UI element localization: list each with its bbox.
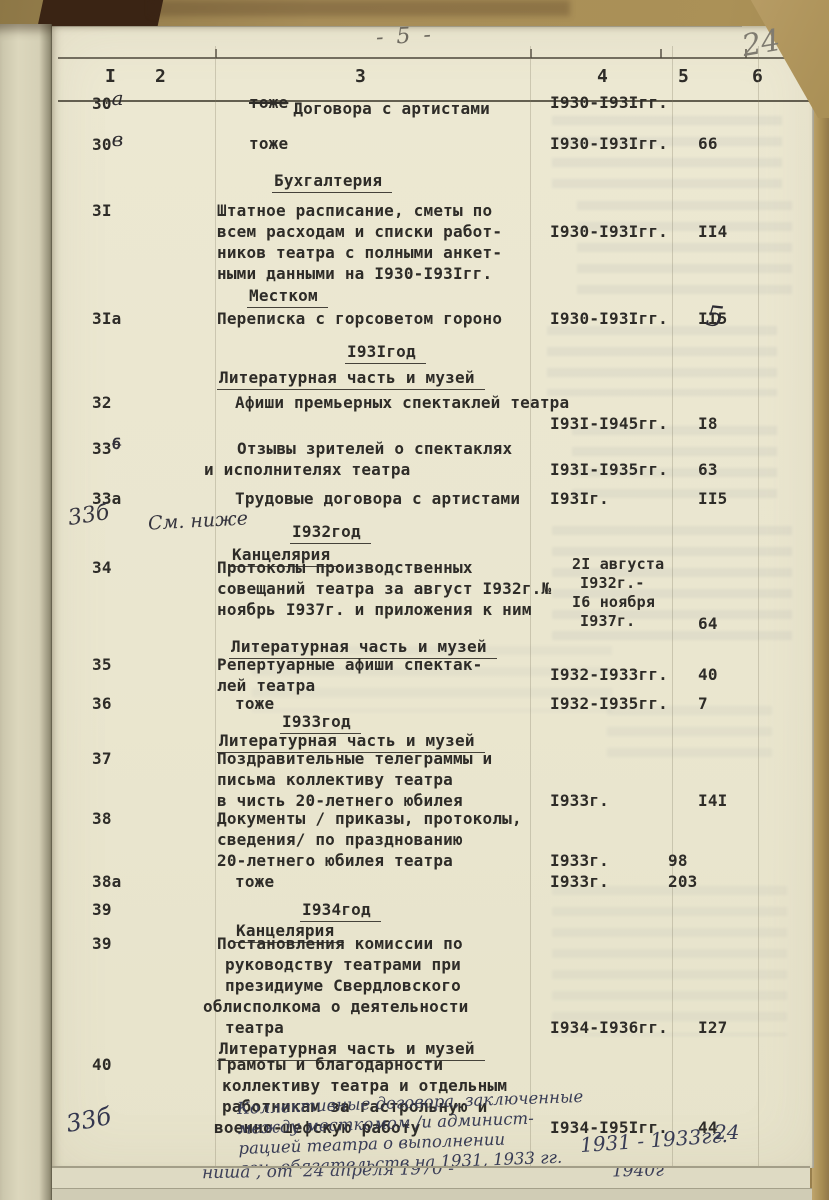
title-line: президиуме Свердловского [225,975,550,996]
row-number-handwritten-suffix: в [112,127,124,151]
table-row: 30а тожеДоговора с артистами I930-I93Iгг… [52,92,812,114]
title-text: Трудовые договора с артистами [235,489,520,508]
struck-suffix: б [110,433,122,455]
section-label: Бухгалтерия [272,170,392,193]
row-number: 32 [52,392,202,413]
row-title: тожеДоговора с артистами [202,92,550,113]
date-line: I932г.- [580,574,698,593]
row-dates: I932-I933гг. [550,664,698,685]
row-title: Поздравительные телеграммы и письма колл… [202,748,550,811]
row-number: 33б [52,438,202,460]
row-dates: I93I-I945гг. [550,413,626,434]
title-line: письма коллективу театра [217,769,550,790]
count-text: 63 [698,460,718,479]
page-number: - 5 - [375,23,434,51]
underlying-page-strip: ниша , от '24 апреля 1970 - 1940г [52,1166,810,1190]
struck-text: тоже [249,93,288,112]
row-dates: I934-I936гг. [550,1017,698,1038]
row-number-handwritten-suffix: а [112,86,124,110]
row-dates: I93I-I935гг. [550,459,698,480]
row-count: II5 [698,488,793,509]
row-title: тоже [202,133,550,154]
row-number-text: 39 [92,900,112,919]
row-number: 30в [52,133,202,155]
row-count: II55 [698,308,793,329]
section-label: I93Iгод [345,341,426,364]
row-title: Репертуарные афиши спектак- лей театра [202,654,550,696]
cover-shadow [150,0,570,16]
table-row: 33а Трудовые договора с артистами I93Iг.… [52,488,812,509]
section-header: I934год [202,899,550,922]
dates-text: I930-I93Iгг. [550,222,668,241]
handwritten-count: 24 [714,1120,739,1144]
dates-text: I933г. [550,851,609,870]
count-text: 98 [668,851,688,870]
dates-text: I930-I93Iгг. [550,93,668,112]
row-number: 38 [52,808,202,829]
title-line: сведения/ по празднованию [217,829,550,850]
handwritten-note-row: 33б См. ниже [52,509,812,529]
count-text: II4 [698,222,728,241]
title-line: и исполнителях театра [204,459,550,480]
row-title: Постановления комиссии по руководству те… [202,933,550,1038]
handwritten-row-number: 33б [67,502,111,529]
row-number: 3I [52,200,202,221]
row-title: Протоколы производственных совещаний теа… [202,557,572,620]
count-text: 7 [698,694,708,713]
count-text: I8 [698,414,718,433]
section-header: Литературная часть и музей [202,367,550,390]
title-line: руководству театрами при [225,954,550,975]
count-text: 203 [668,872,698,891]
column-header-2: 2 [155,66,166,87]
date-line: 2I августа [572,555,698,574]
row-number-text: 38а [92,872,122,891]
title-line: Грамоты и благодарности [217,1054,550,1075]
row-count: 203 [668,871,763,892]
section-header: I93Iгод [202,341,550,364]
row-number: 38а [52,871,202,892]
row-dates: I930-I93Iгг. [550,308,698,329]
archive-inventory-page: - 5 - I 2 3 4 5 6 30а тожеДоговора с арт… [52,26,812,1168]
page-stack-edge [52,1188,812,1200]
row-title: Трудовые договора с артистами [202,488,550,509]
row-number-text: 39 [92,934,112,953]
row-number-text: 3I [92,201,112,220]
inventory-table: 30а тожеДоговора с артистами I930-I93Iгг… [52,92,812,1138]
dates-text: I93I-I945гг. [550,414,668,433]
row-number: 40 [52,1054,202,1075]
count-text: II5 [698,489,728,508]
row-title: Штатное расписание, сметы по всем расход… [202,200,550,284]
row-number-text: 37 [92,749,112,768]
section-header: Бухгалтерия [202,170,550,193]
row-number: 37 [52,748,202,769]
title-line: совещаний театра за август I932г.№ [217,578,572,599]
row-number-text: 33 [92,439,112,458]
row-number-text: 32 [92,393,112,412]
title-line: ников театра с полными анкет- [217,242,550,263]
handwritten-row-number: 33б [64,1102,114,1138]
ruled-line-top [58,57,806,59]
row-dates: I933г. [550,850,668,871]
dates-text: I933г. [550,791,609,810]
table-row: 38 Документы / приказы, протоколы, сведе… [52,808,812,871]
row-dates: I933г. [550,871,668,892]
dates-text: I934-I936гг. [550,1018,668,1037]
row-number: 39 [52,933,202,954]
row-number: 39 [52,899,202,920]
title-line: 20-летнего юбилея театра [217,850,550,871]
table-row: 37 Поздравительные телеграммы и письма к… [52,748,812,811]
title-line: облисполкома о деятельности [203,996,550,1017]
handwritten-correction: 5 [705,305,725,328]
table-row: 3I Штатное расписание, сметы по всем рас… [52,200,812,284]
dates-text: I93I-I935гг. [550,460,668,479]
title-text: Договора с артистами [293,98,490,119]
title-line: всем расходам и списки работ- [217,221,550,242]
row-dates: I930-I93Iгг. [550,92,698,113]
title-text: тоже [249,134,288,153]
section-row: Бухгалтерия [52,170,812,193]
title-line: Репертуарные афиши спектак- [217,654,550,675]
title-line: Постановления комиссии по [217,933,550,954]
row-title: Переписка с горсоветом гороно [202,308,550,329]
table-row: 34 Протоколы производственных совещаний … [52,557,812,634]
row-number-text: 3Iа [92,309,122,328]
count-text: 66 [698,134,718,153]
handwritten-entry-text: Коллективные договора, заключенные между… [237,1085,640,1179]
row-number-text: 38 [92,809,112,828]
row-title: Документы / приказы, протоколы, сведения… [202,808,550,871]
row-count: 66 [698,133,793,154]
row-count: 63 [698,459,793,480]
count-text: I4I [698,791,728,810]
table-row: 33б Отзывы зрителей о спектаклях и испол… [52,438,812,480]
title-line: Отзывы зрителей о спектаклях [237,438,550,459]
title-line: Поздравительные телеграммы и [217,748,550,769]
table-row: 3Iа Переписка с горсоветом гороно I930-I… [52,308,812,329]
table-row: 30в тоже I930-I93Iгг. 66 [52,133,812,155]
row-count: 7 [698,693,793,714]
title-line: театра [225,1017,550,1038]
section-row: 39 I934год [52,899,812,922]
title-line: Протоколы производственных [217,557,572,578]
column-header-4: 4 [597,66,608,87]
clipped-handwriting-right: 1940г [612,1166,664,1181]
row-count: 64 [698,613,793,634]
row-number: 34 [52,557,202,578]
table-row: 32 Афиши премьерных спектаклей театра I9… [52,392,812,434]
row-title: Афиши премьерных спектаклей театра [202,392,622,413]
column-header-3: 3 [355,66,366,87]
backing-board-edge [812,0,829,1200]
previous-page-edge [0,24,52,1200]
table-row: 39 Постановления комиссии по руководству… [52,933,812,1038]
section-row: I93Iгод [52,341,812,364]
row-dates: I930-I93Iгг. [550,221,698,242]
column-header-1: I [105,66,116,87]
row-dates: 2I августа I932г.- I6 ноября I937г. [572,555,698,631]
row-number-text: 36 [92,694,112,713]
corner-page-number: 24 [739,23,783,64]
section-header: Местком [202,285,550,308]
row-count: I4I [698,790,793,811]
dates-text: I930-I93Iгг. [550,134,668,153]
date-line: I937г. [580,612,698,631]
title-line: ноябрь I937г. и приложения к ним [217,599,572,620]
dates-text: I932-I933гг. [550,665,668,684]
row-number-text: 30 [92,94,112,113]
row-number-text: 40 [92,1055,112,1074]
section-label: I934год [300,899,381,922]
dates-text: I930-I93Iгг. [550,309,668,328]
table-row: 35 Репертуарные афиши спектак- лей театр… [52,654,812,696]
row-count: II4 [698,221,793,242]
count-text: I27 [698,1018,728,1037]
row-number-text: 30 [92,135,112,154]
scanned-archive-document: { "page_header": { "page_number": "- 5 -… [0,0,829,1200]
dates-text: I93Iг. [550,489,609,508]
table-row: 38а тоже I933г. 203 [52,871,812,892]
row-dates: I930-I93Iгг. [550,133,698,154]
date-line: I6 ноября [572,593,698,612]
dates-text: I933г. [550,872,609,891]
title-text: Переписка с горсоветом гороно [217,309,502,328]
row-title: тоже [202,871,550,892]
dates-text: I932-I935гг. [550,694,668,713]
row-dates: I932-I935гг. [550,693,698,714]
title-line: Документы / приказы, протоколы, [217,808,550,829]
row-count: 40 [698,664,793,685]
section-row: Местком [52,285,812,308]
row-number: 30а [52,92,202,114]
title-line: Штатное расписание, сметы по [217,200,550,221]
section-label: Литературная часть и музей [217,367,485,390]
title-line: ными данными на I930-I93Iгг. [217,263,550,284]
row-dates: I933г. [550,790,698,811]
column-header-5: 5 [678,66,689,87]
row-number: 35 [52,654,202,675]
count-text: 64 [698,614,718,633]
row-dates: I93Iг. [550,488,698,509]
clipped-handwriting-left: ниша , от '24 апреля 1970 - [202,1166,454,1183]
row-count: I27 [698,1017,793,1038]
title-text: тоже [235,872,274,891]
row-title: Отзывы зрителей о спектаклях и исполните… [202,438,550,480]
section-label: Местком [247,285,328,308]
section-row: Литературная часть и музей [52,367,812,390]
title-line: Афиши премьерных спектаклей театра [235,392,622,413]
row-number-text: 34 [92,558,112,577]
count-text: 40 [698,665,718,684]
row-count: I8 [698,413,793,434]
column-tick [660,49,662,58]
row-number: 3Iа [52,308,202,329]
row-number-text: 35 [92,655,112,674]
row-number: 36 [52,693,202,714]
row-count: 98 [668,850,763,871]
